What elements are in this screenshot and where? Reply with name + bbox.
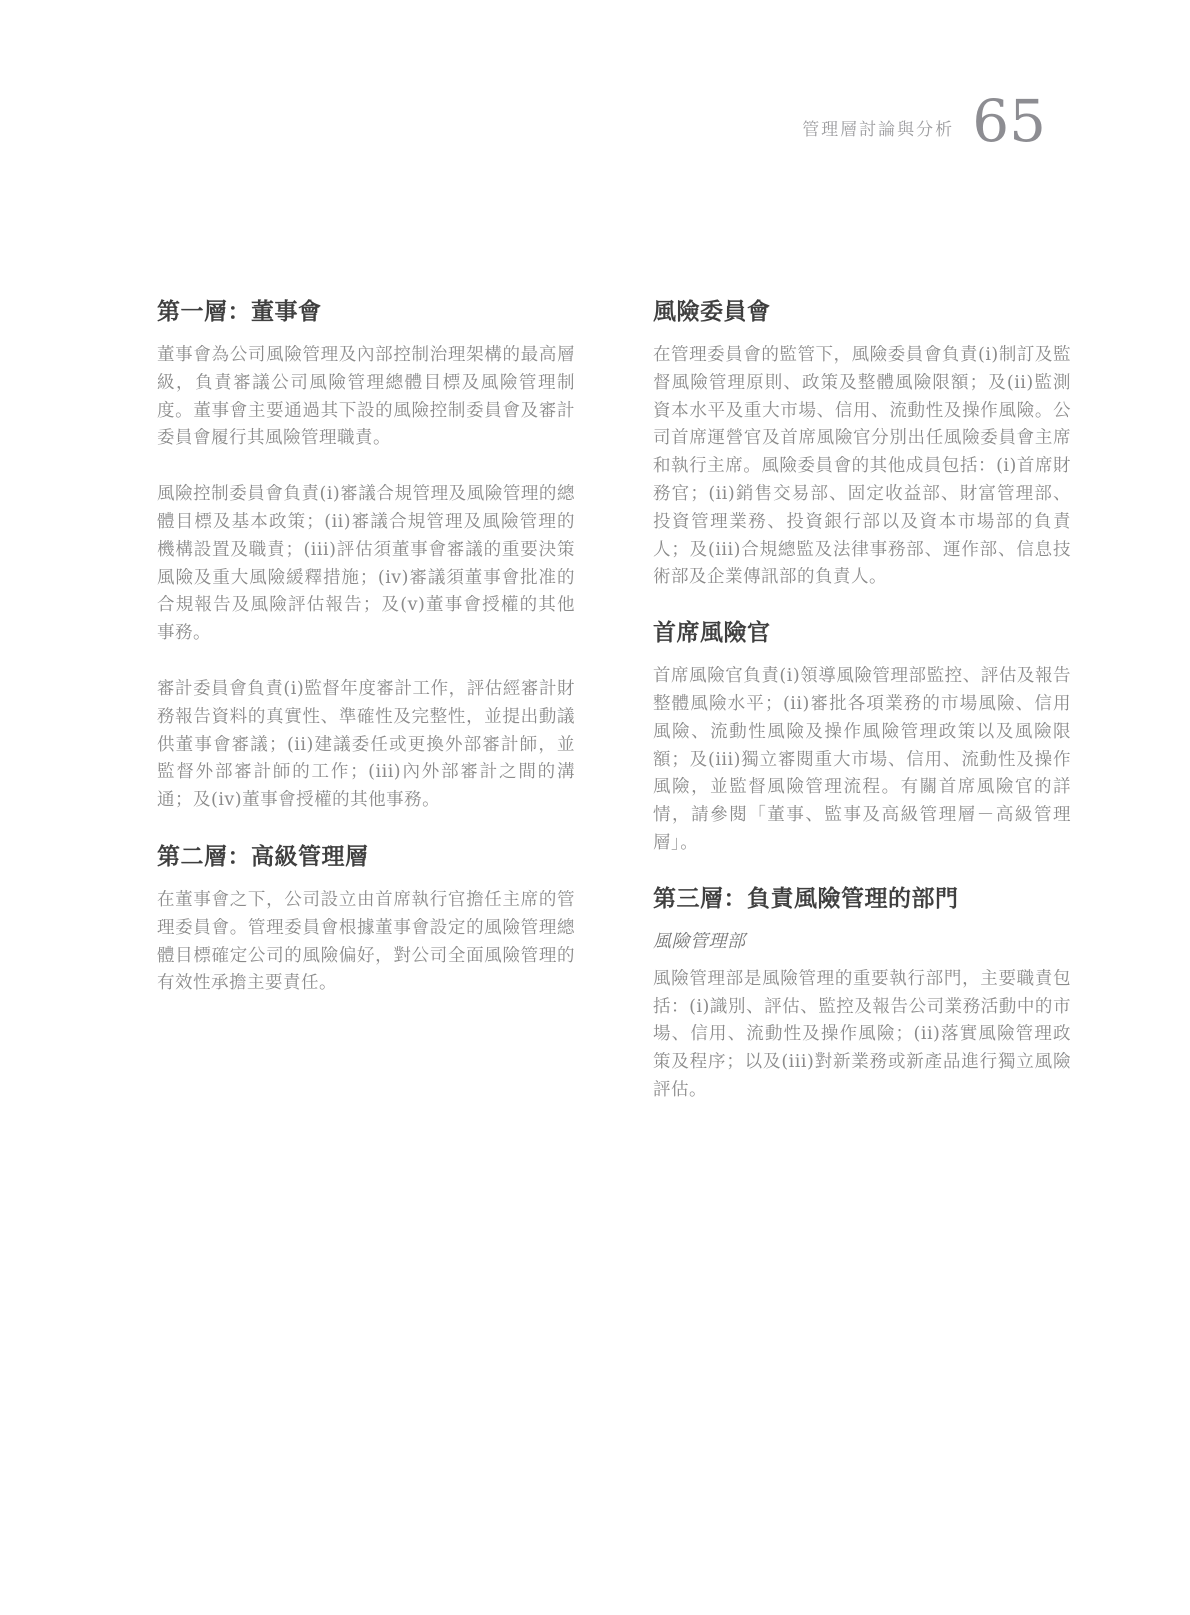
section-heading-chief-risk-officer: 首席風險官 [653, 618, 1071, 648]
section-chief-risk-officer: 首席風險官 首席風險官負責(i)領導風險管理部監控、評估及報告整體風險水平；(i… [653, 618, 1071, 858]
header-section-title: 管理層討論與分析 [802, 122, 954, 139]
paragraph-risk-management-department: 風險管理部是風險管理的重要執行部門，主要職責包括：(i)識別、評估、監控及報告公… [653, 966, 1071, 1105]
paragraph-management-committee: 在董事會之下，公司設立由首席執行官擔任主席的管理委員會。管理委員會根據董事會設定… [157, 887, 575, 998]
left-column: 第一層：董事會 董事會為公司風險管理及內部控制治理架構的最高層級，負責審議公司風… [157, 297, 575, 998]
paragraph-chief-risk-officer: 首席風險官負責(i)領導風險管理部監控、評估及報告整體風險水平；(ii)審批各項… [653, 663, 1071, 858]
section-tier2-senior-management: 第二層：高級管理層 在董事會之下，公司設立由首席執行官擔任主席的管理委員會。管理… [157, 842, 575, 998]
page-header: 管理層討論與分析 65 [802, 92, 1046, 150]
page-number: 65 [972, 92, 1046, 150]
section-heading-risk-committee: 風險委員會 [653, 297, 1071, 327]
section-risk-committee: 風險委員會 在管理委員會的監管下，風險委員會負責(i)制訂及監督風險管理原則、政… [653, 297, 1071, 592]
section-heading-tier3-departments: 第三層：負責風險管理的部門 [653, 884, 1071, 914]
paragraph-risk-committee: 在管理委員會的監管下，風險委員會負責(i)制訂及監督風險管理原則、政策及整體風險… [653, 342, 1071, 592]
section-heading-tier1-board: 第一層：董事會 [157, 297, 575, 327]
subheading-risk-management-department: 風險管理部 [653, 929, 1071, 955]
document-page: 管理層討論與分析 65 第一層：董事會 董事會為公司風險管理及內部控制治理架構的… [0, 0, 1190, 1615]
section-tier1-board: 第一層：董事會 董事會為公司風險管理及內部控制治理架構的最高層級，負責審議公司風… [157, 297, 575, 815]
right-column: 風險委員會 在管理委員會的監管下，風險委員會負責(i)制訂及監督風險管理原則、政… [653, 297, 1071, 1105]
paragraph-risk-control-committee: 風險控制委員會負責(i)審議合規管理及風險管理的總體目標及基本政策；(ii)審議… [157, 481, 575, 648]
paragraph-board-overview: 董事會為公司風險管理及內部控制治理架構的最高層級，負責審議公司風險管理總體目標及… [157, 342, 575, 453]
section-heading-tier2-senior-management: 第二層：高級管理層 [157, 842, 575, 872]
paragraph-audit-committee: 審計委員會負責(i)監督年度審計工作，評估經審計財務報告資料的真實性、準確性及完… [157, 676, 575, 815]
section-tier3-departments: 第三層：負責風險管理的部門 風險管理部 風險管理部是風險管理的重要執行部門，主要… [653, 884, 1071, 1105]
